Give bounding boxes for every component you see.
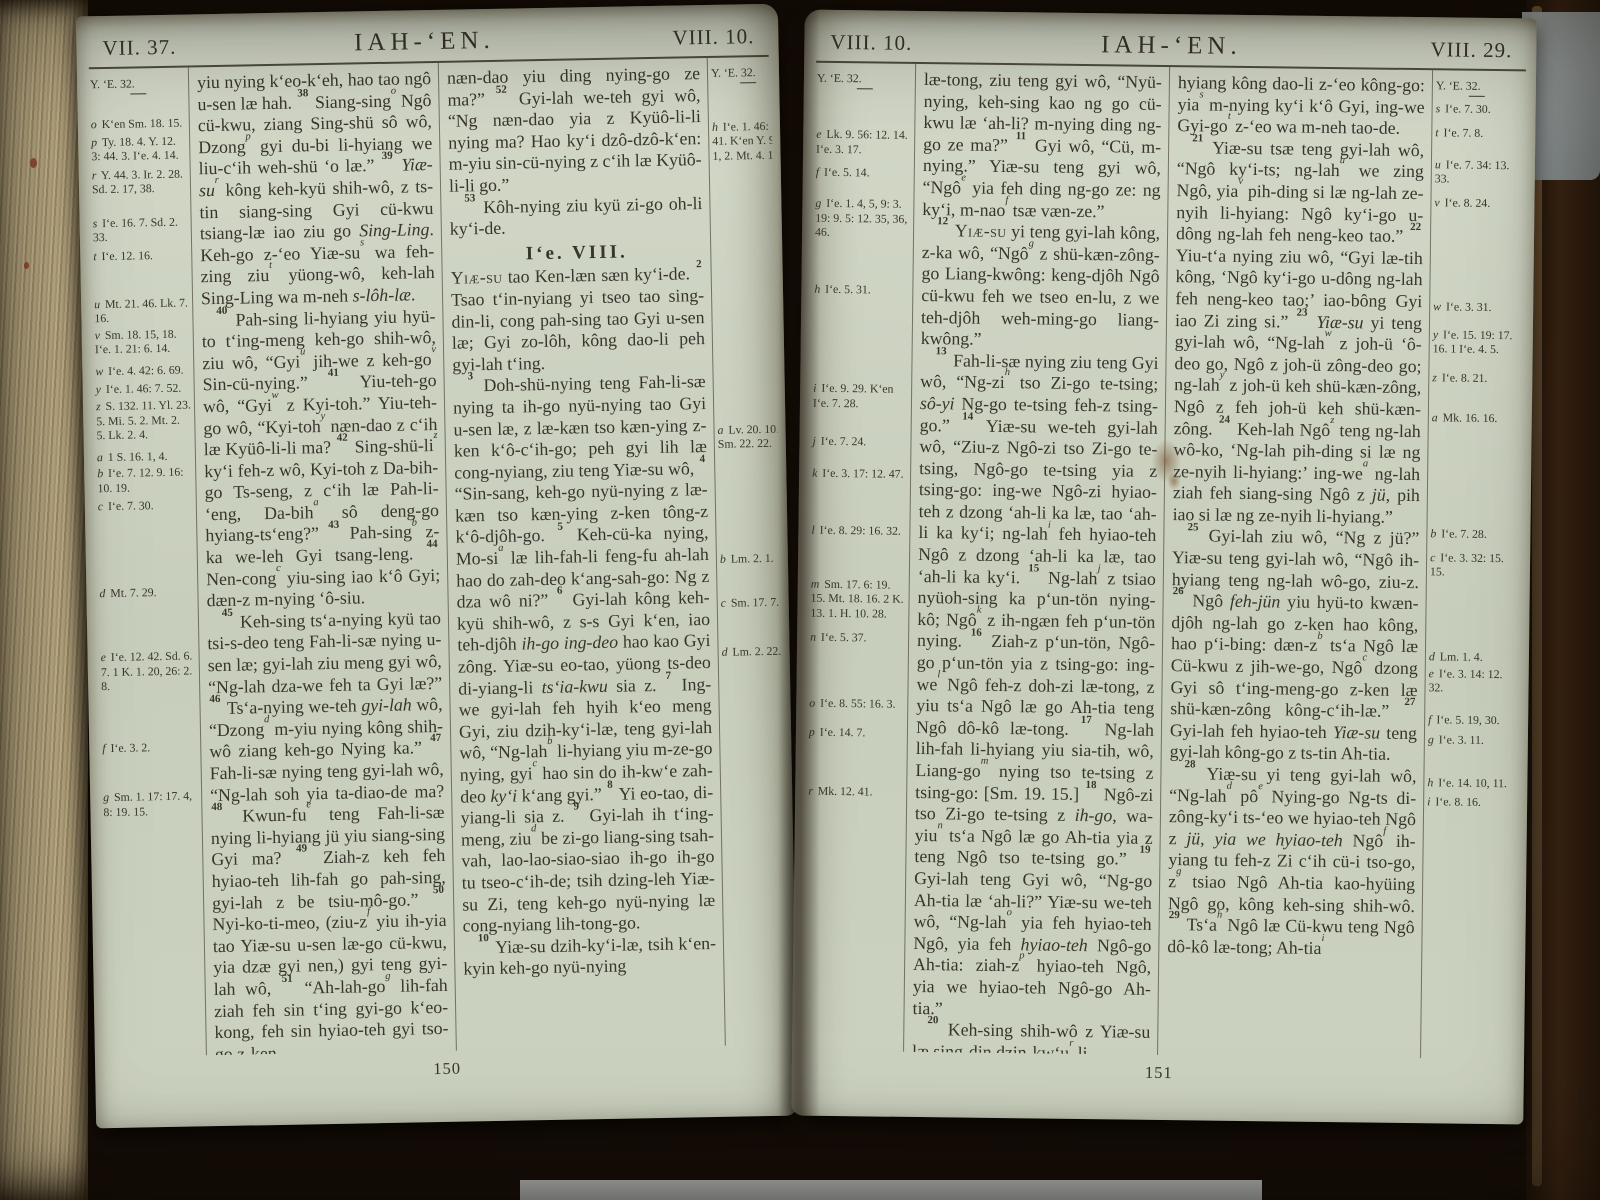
margin-reference: Y. ʻE. 32. <box>1436 78 1517 93</box>
book-page-left: VII. 37. IAH-ʻEN. VIII. 10. Y. ʻE. 32.o … <box>76 4 798 1129</box>
text-paragraph: læ-tong, ziu teng gyi wô, “Nyü-nying, ke… <box>922 69 1162 223</box>
margin-reference: e Iʻe. 3. 14: 12. 32. <box>1428 666 1509 696</box>
margin-reference: i Iʻe. 8. 16. <box>1427 794 1508 809</box>
margin-reference: d Lm. 1. 4. <box>1429 649 1510 664</box>
margin-reference: f Iʻe. 5. 14. <box>816 165 911 181</box>
margin-reference: y Iʻe. 1. 46: 7. 52. <box>96 380 191 396</box>
margin-reference: h Iʻe. 5. 31. <box>814 282 909 298</box>
reference-divider-dash <box>130 94 146 95</box>
margin-reference: c Iʻe. 3. 32: 15. 15. <box>1430 550 1511 580</box>
margin-reference: f Iʻe. 5. 19, 30. <box>1428 712 1509 727</box>
verse-ref-right: VIII. 29. <box>1430 37 1512 63</box>
margin-reference: o Kʻen Sm. 18. 15. <box>91 115 186 131</box>
margin-reference: h Iʻe. 14. 10, 11. <box>1427 775 1508 790</box>
red-speck <box>24 262 29 269</box>
margin-reference: h Iʻe. 1. 46: 7. 41. Kʻen Y. 9. 1, 2. Mt… <box>712 118 786 163</box>
text-paragraph: 40 Pah-sing li-hyiang yiu hyü-to tʻing-m… <box>201 306 441 613</box>
margin-reference: c Iʻe. 7. 30. <box>98 497 193 513</box>
photo-of-open-book: VII. 37. IAH-ʻEN. VIII. 10. Y. ʻE. 32.o … <box>0 0 1600 1200</box>
margin-reference: f Iʻe. 3. 2. <box>102 739 197 755</box>
margin-reference: z S. 132. 11. Yl. 23. 5. Mi. 5. 2. Mt. 2… <box>96 398 192 443</box>
margin-reference: t Iʻe. 7. 8. <box>1435 125 1516 140</box>
verse-ref-right: VIII. 10. <box>672 24 754 50</box>
margin-reference: g Sm. 1. 17: 17. 4, 8: 19. 15. <box>103 789 199 820</box>
margin-reference: y Iʻe. 15. 19: 17. 16. 1 Iʻe. 4. 5. <box>1433 327 1514 357</box>
margin-reference: Y. ʻE. 32. <box>817 71 912 87</box>
margin-reference: n Iʻe. 5. 37. <box>810 629 905 645</box>
margin-references-left: Y. ʻE. 32.e Lk. 9. 56: 12. 14. Iʻe. 3. 1… <box>802 63 916 1052</box>
red-speck <box>30 158 37 168</box>
page-body: Y. ʻE. 32.e Lk. 9. 56: 12. 14. Iʻe. 3. 1… <box>802 63 1528 1060</box>
text-column-2: hyiang kông dao-li z-ʻeo kông-go: yias m… <box>1158 67 1432 1058</box>
chapter-heading: Iʻe. VIII. <box>450 240 703 266</box>
page-body: Y. ʻE. 32.o Kʻen Sm. 18. 15.p Ty. 18. 4.… <box>87 57 789 1057</box>
margin-references-right: Y. ʻE. 32.s Iʻe. 7. 30.t Iʻe. 7. 8.u Iʻe… <box>1420 70 1520 1059</box>
book-fore-edge-pages <box>0 0 88 1200</box>
margin-reference: a 1 S. 16. 1, 4. <box>97 448 192 464</box>
text-column-2: næn-dao yiu ding nying-go ze ma?” 52 Gyi… <box>439 58 725 1051</box>
text-paragraph: næn-dao yiu ding nying-go ze ma?” 52 Gyi… <box>447 63 702 197</box>
margin-reference: z Iʻe. 8. 21. <box>1432 370 1513 385</box>
margin-reference: d Lm. 2. 22. <box>721 644 788 660</box>
margin-reference: s Iʻe. 7. 30. <box>1436 101 1517 116</box>
margin-reference: s Iʻe. 16. 7. Sd. 2. 33. <box>93 214 189 245</box>
text-paragraph: 25 Gyi-lah ziu wô, “Ng z jü?” Yiæ-su ten… <box>1170 526 1420 767</box>
margin-reference: Y. ʻE. 32. <box>711 65 784 81</box>
margin-reference: g Iʻe. 1. 4, 5, 9: 3. 19: 9. 5: 12. 35, … <box>815 196 911 240</box>
text-column-1: yiu nying kʻeo-kʻeh, hao tao ngô u-sen l… <box>189 63 457 1055</box>
book-title: IAH-ʻEN. <box>1101 31 1242 61</box>
text-paragraph: 53 Kôh-nying ziu kyü zi-go oh-li kyʻi-de… <box>449 193 703 241</box>
margin-reference: o Iʻe. 8. 55: 16. 3. <box>809 696 904 712</box>
text-paragraph: 20 Keh-sing shih-wô z Yiæ-su læ sing-din… <box>912 1019 1151 1055</box>
text-paragraph: 28 Yiæ-su yi teng gyi-lah wô, “Ng-lahd p… <box>1167 763 1416 960</box>
text-paragraph: yiu nying kʻeo-kʻeh, hao tao ngô u-sen l… <box>197 68 435 310</box>
margin-reference: c Sm. 17. 7. <box>721 594 789 610</box>
verse-ref-left: VII. 37. <box>102 35 176 61</box>
margin-reference: g Iʻe. 3. 11. <box>1428 733 1509 748</box>
margin-reference: u Mt. 21. 46. Lk. 7. 16. <box>94 295 190 326</box>
text-paragraph: 12 Yiæ-su yi teng gyi-lah kông, z-ka wô,… <box>921 220 1161 352</box>
margin-reference: b Iʻe. 7. 28. <box>1430 526 1511 541</box>
text-paragraph: Yiæ-su tao Ken-læn sæn kyʻi-de. 2 Tsao t… <box>451 263 706 376</box>
margin-reference: k Iʻe. 3. 17: 12. 47. <box>812 465 907 481</box>
margin-reference: r Y. 44. 3. Ir. 2. 28. Sd. 2. 17, 38. <box>92 167 188 198</box>
text-paragraph: hyiang kông dao-li z-ʻeo kông-go: yias m… <box>1177 72 1425 140</box>
book-title: IAH-ʻEN. <box>354 27 495 58</box>
margin-reference: a Mk. 16. 16. <box>1432 410 1513 425</box>
text-paragraph: 45 Keh-sing tsʻa-nying kyü tao tsi-s-deo… <box>207 608 449 1056</box>
margin-references-left: Y. ʻE. 32.o Kʻen Sm. 18. 15.p Ty. 18. 4.… <box>87 67 207 1057</box>
margin-reference: t Iʻe. 12. 16. <box>93 248 188 264</box>
margin-reference: j Iʻe. 7. 24. <box>812 433 907 449</box>
text-paragraph: 13 Fah-li-sæ nying ziu teng Gyi wô, “Ng-… <box>912 350 1158 1022</box>
reference-divider-dash <box>856 89 872 90</box>
reference-divider-dash <box>1468 96 1484 97</box>
text-paragraph: 10 Yiæ-su dzih-kyʻi-læ, tsih kʻen-kyin k… <box>463 933 717 981</box>
text-paragraph: 21 Yiæ-su tsæ teng gyi-lah wô, “Ngô kyʻi… <box>1173 137 1425 529</box>
table-surface <box>520 1180 1262 1200</box>
margin-reference: v Sm. 18. 15, 18. Iʻe. 1. 21: 6. 14. <box>95 326 191 357</box>
margin-reference: w Iʻe. 3. 31. <box>1433 300 1514 315</box>
reference-divider-dash <box>740 82 756 83</box>
margin-reference: b Lm. 2. 1. <box>720 550 789 566</box>
margin-reference: i Iʻe. 9. 29. Kʻen Iʻe. 7. 28. <box>813 381 908 411</box>
margin-reference: p Iʻe. 14. 7. <box>809 724 904 740</box>
margin-reference: r Mk. 12. 41. <box>808 783 903 799</box>
margin-reference: l Iʻe. 8. 29: 16. 32. <box>811 522 906 538</box>
margin-reference: w Iʻe. 4. 42: 6. 69. <box>95 362 190 378</box>
margin-reference: Y. ʻE. 32. <box>90 76 185 92</box>
margin-reference: a Lv. 20. 10. Sm. 22. 22. <box>717 421 788 451</box>
margin-reference: p Ty. 18. 4. Y. 12. 3: 44. 3. Iʻe. 4. 14… <box>91 133 187 164</box>
text-column-1: læ-tong, ziu teng gyi wô, “Nyü-nying, ke… <box>904 64 1170 1055</box>
book-page-right: VIII. 10. IAH-ʻEN. VIII. 29. Y. ʻE. 32.e… <box>791 10 1536 1125</box>
margin-reference: b Iʻe. 7. 12. 9. 16: 10. 19. <box>97 465 193 496</box>
margin-reference: v Iʻe. 8. 24. <box>1434 196 1515 211</box>
margin-reference: e Lk. 9. 56: 12. 14. Iʻe. 3. 17. <box>816 127 911 157</box>
margin-reference: m Sm. 17. 6: 19. 15. Mt. 18. 16. 2 K. 13… <box>810 577 906 621</box>
page-number: 150 <box>105 1053 789 1086</box>
margin-reference: d Mt. 7. 29. <box>99 585 194 601</box>
margin-reference: u Iʻe. 7. 34: 13. 33. <box>1435 157 1516 187</box>
text-paragraph: 3 Doh-shü-nying teng Fah-li-sæ nying ta … <box>453 371 716 937</box>
running-header: VIII. 10. IAH-ʻEN. VIII. 29. <box>814 20 1528 67</box>
verse-ref-left: VIII. 10. <box>830 30 912 56</box>
margin-reference: e Iʻe. 12. 42. Sd. 6. 7. 1 K. 1. 20, 26:… <box>100 649 196 694</box>
page-number: 151 <box>802 1059 1516 1088</box>
